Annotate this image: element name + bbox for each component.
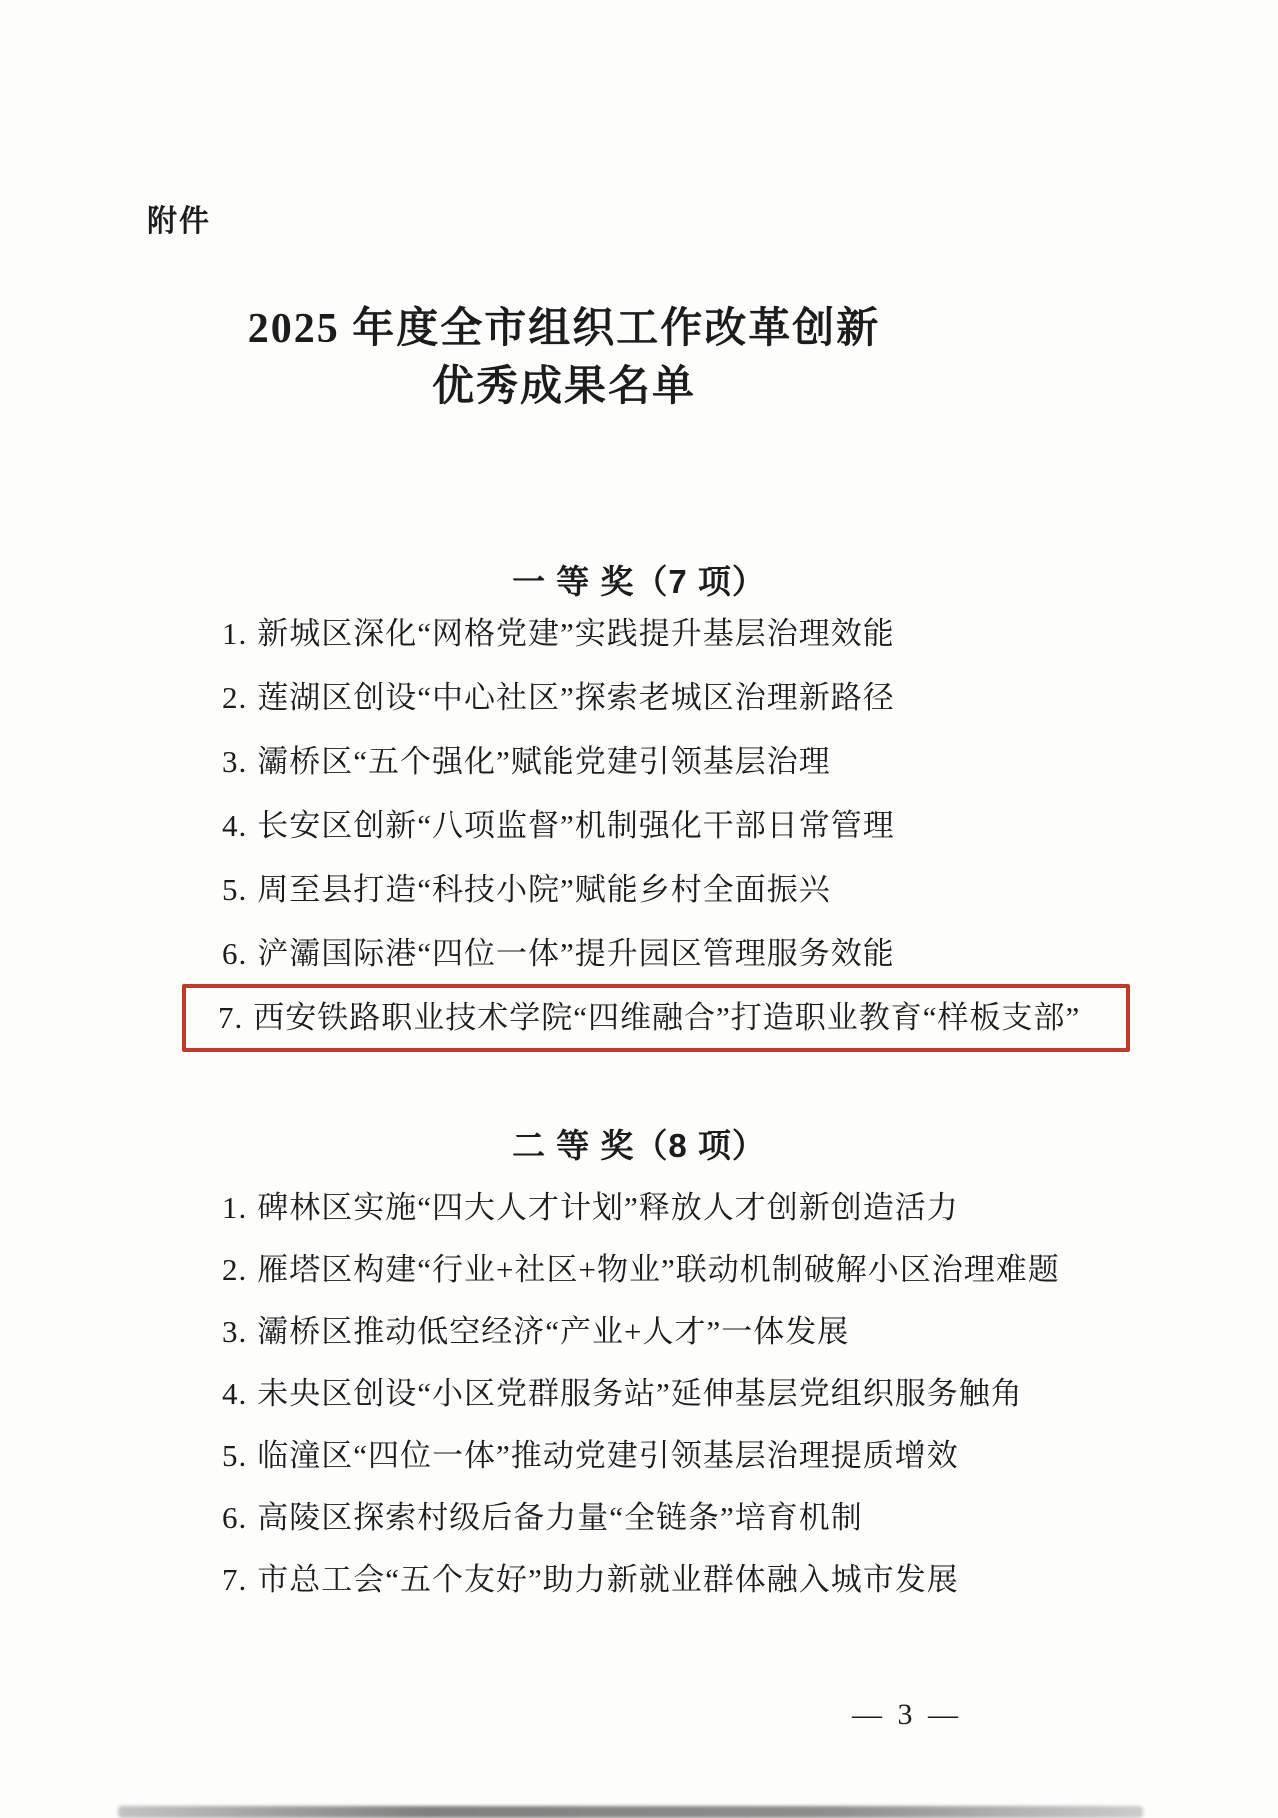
award-item: 4.长安区创新“八项监督”机制强化干部日常管理: [222, 804, 1278, 848]
second-prize-list: 1.碑林区实施“四大人才计划”释放人才创新创造活力 2.雁塔区构建“行业+社区+…: [0, 1186, 1278, 1620]
item-text: 临潼区“四位一体”推动党建引领基层治理提质增效: [257, 1438, 959, 1473]
award-item: 3.灞桥区推动低空经济“产业+人才”一体发展: [222, 1310, 1278, 1354]
item-text: 灞桥区推动低空经济“产业+人才”一体发展: [257, 1314, 849, 1349]
item-text: 未央区创设“小区党群服务站”延伸基层党组织服务触角: [257, 1376, 1023, 1411]
item-text: 浐灞国际港“四位一体”提升园区管理服务效能: [257, 936, 895, 971]
first-prize-list: 1.新城区深化“网格党建”实践提升基层治理效能 2.莲湖区创设“中心社区”探索老…: [0, 612, 1278, 1058]
award-item: 4.未央区创设“小区党群服务站”延伸基层党组织服务触角: [222, 1372, 1278, 1416]
item-number: 1.: [222, 616, 247, 651]
title-line-1: 2025 年度全市组织工作改革创新: [0, 300, 1128, 358]
award-item: 6.高陵区探索村级后备力量“全链条”培育机制: [222, 1496, 1278, 1540]
item-text: 莲湖区创设“中心社区”探索老城区治理新路径: [257, 680, 895, 715]
award-item: 5.周至县打造“科技小院”赋能乡村全面振兴: [222, 868, 1278, 912]
item-number: 6.: [222, 936, 247, 971]
item-number: 7.: [218, 1000, 243, 1035]
document-page: 附件 2025 年度全市组织工作改革创新 优秀成果名单 一 等 奖（7 项） 1…: [0, 0, 1278, 1818]
item-number: 5.: [222, 1438, 247, 1473]
item-text: 市总工会“五个友好”助力新就业群体融入城市发展: [257, 1562, 959, 1597]
item-number: 3.: [222, 1314, 247, 1349]
award-item: 7.市总工会“五个友好”助力新就业群体融入城市发展: [222, 1558, 1278, 1602]
attachment-label: 附件: [147, 196, 211, 240]
item-text: 雁塔区构建“行业+社区+物业”联动机制破解小区治理难题: [257, 1252, 1059, 1287]
item-text: 灞桥区“五个强化”赋能党建引领基层治理: [257, 744, 831, 779]
section-heading-first-prize: 一 等 奖（7 项）: [0, 556, 1278, 603]
item-text: 周至县打造“科技小院”赋能乡村全面振兴: [257, 872, 831, 907]
item-number: 3.: [222, 744, 247, 779]
title-line-2: 优秀成果名单: [0, 358, 1128, 416]
page-number: — 3 —: [852, 1698, 962, 1732]
award-item: 2.莲湖区创设“中心社区”探索老城区治理新路径: [222, 676, 1278, 720]
item-text: 新城区深化“网格党建”实践提升基层治理效能: [257, 616, 895, 651]
item-text: 高陵区探索村级后备力量“全链条”培育机制: [257, 1500, 863, 1535]
item-number: 2.: [222, 680, 247, 715]
award-item: 5.临潼区“四位一体”推动党建引领基层治理提质增效: [222, 1434, 1278, 1478]
scan-edge-artifact: [118, 1806, 1143, 1818]
item-text: 西安铁路职业技术学院“四维融合”打造职业教育“样板支部”: [253, 1000, 1080, 1035]
section-heading-second-prize: 二 等 奖（8 项）: [0, 1120, 1278, 1167]
award-item: 6.浐灞国际港“四位一体”提升园区管理服务效能: [222, 932, 1278, 976]
item-number: 5.: [222, 872, 247, 907]
item-number: 1.: [222, 1190, 247, 1225]
document-title: 2025 年度全市组织工作改革创新 优秀成果名单: [0, 300, 1128, 416]
item-number: 4.: [222, 808, 247, 843]
item-number: 7.: [222, 1562, 247, 1597]
item-number: 2.: [222, 1252, 247, 1287]
award-item: 1.碑林区实施“四大人才计划”释放人才创新创造活力: [222, 1186, 1278, 1230]
item-text: 碑林区实施“四大人才计划”释放人才创新创造活力: [257, 1190, 959, 1225]
item-text: 长安区创新“八项监督”机制强化干部日常管理: [257, 808, 895, 843]
award-item: 3.灞桥区“五个强化”赋能党建引领基层治理: [222, 740, 1278, 784]
item-number: 6.: [222, 1500, 247, 1535]
award-item-highlighted highlight-box: 7.西安铁路职业技术学院“四维融合”打造职业教育“样板支部”: [182, 984, 1130, 1052]
award-item: 2.雁塔区构建“行业+社区+物业”联动机制破解小区治理难题: [222, 1248, 1278, 1292]
item-number: 4.: [222, 1376, 247, 1411]
award-item: 1.新城区深化“网格党建”实践提升基层治理效能: [222, 612, 1278, 656]
